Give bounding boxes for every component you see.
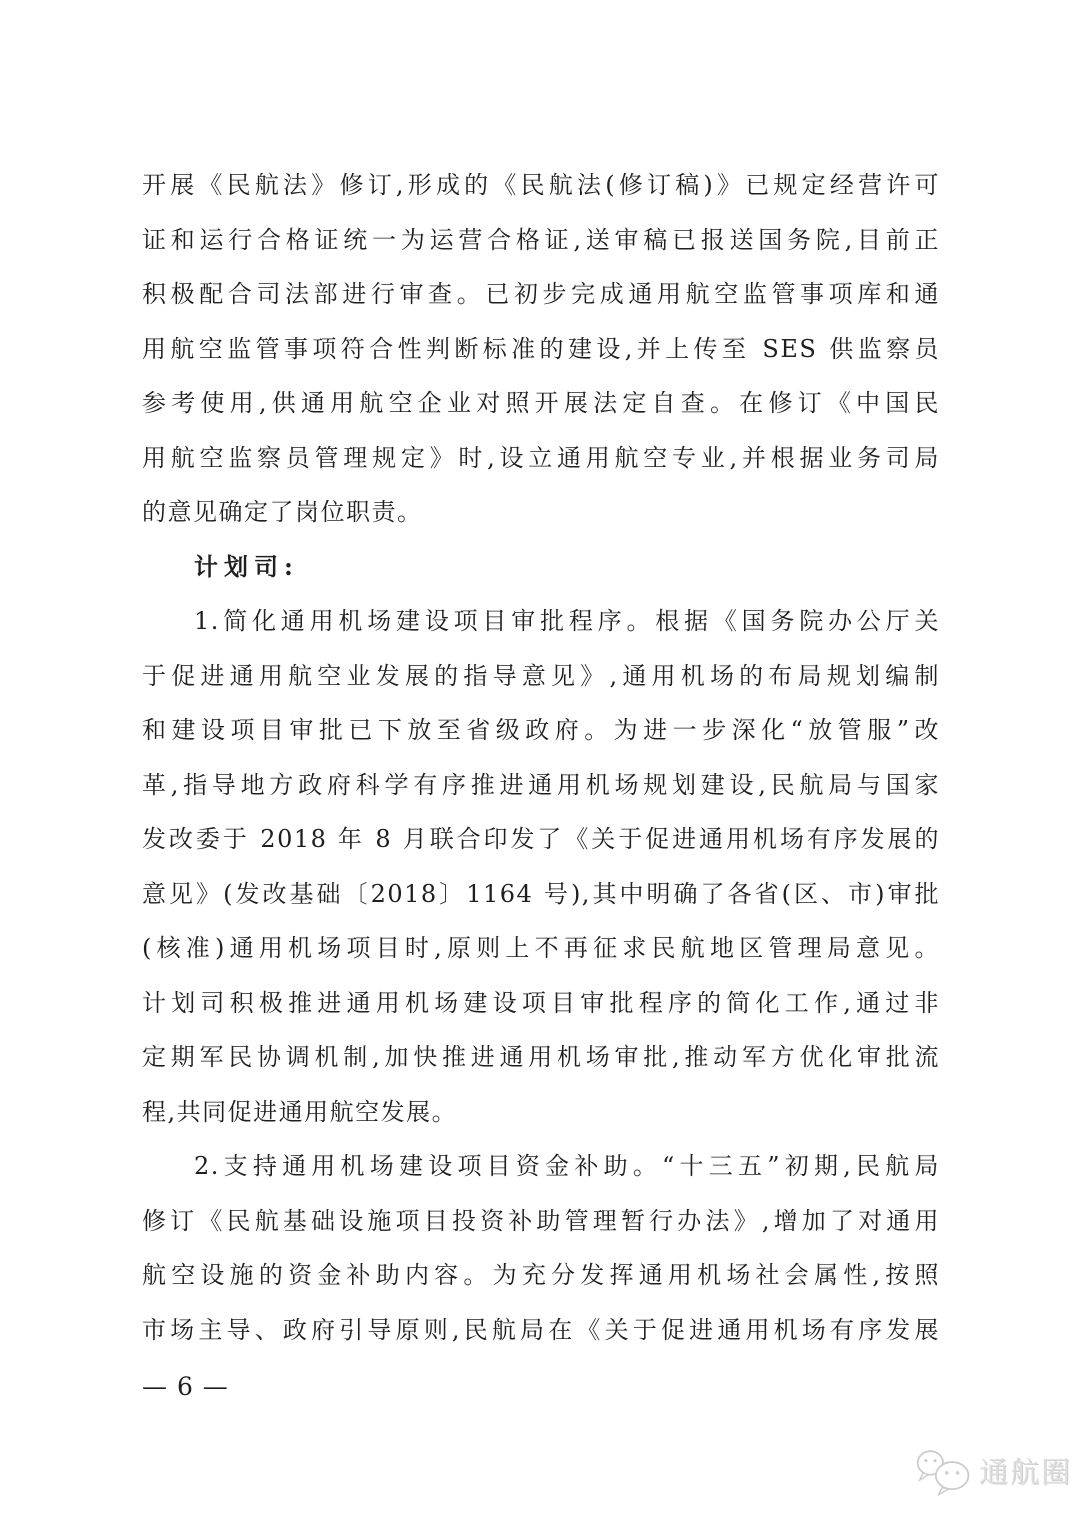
- text-line: 2.支持通用机场建设项目资金补助。“十三五”初期,民航局: [142, 1139, 940, 1194]
- text-line: 计划司积极推进通用机场建设项目审批程序的简化工作,通过非: [142, 976, 940, 1031]
- text-line: 证和运行合格证统一为运营合格证,送审稿已报送国务院,目前正: [142, 213, 940, 268]
- page-number: — 6 —: [142, 1372, 229, 1402]
- text-line: 用航空监察员管理规定》时,设立通用航空专业,并根据业务司局: [142, 431, 940, 486]
- watermark-label: 通航圈: [979, 1458, 1072, 1487]
- text-line: 定期军民协调机制,加快推进通用机场审批,推动军方优化审批流: [142, 1030, 940, 1085]
- text-line: 意见》(发改基础〔2018〕1164 号),其中明确了各省(区、市)审批: [142, 867, 940, 922]
- wechat-icon: [915, 1448, 973, 1496]
- text-line: 于促进通用航空业发展的指导意见》,通用机场的布局规划编制: [142, 649, 940, 704]
- text-line: 的意见确定了岗位职责。: [142, 485, 940, 540]
- text-line: 参考使用,供通用航空企业对照开展法定自查。在修订《中国民: [142, 376, 940, 431]
- text-line: 发改委于 2018 年 8 月联合印发了《关于促进通用机场有序发展的: [142, 812, 940, 867]
- text-line: 市场主导、政府引导原则,民航局在《关于促进通用机场有序发展: [142, 1303, 940, 1358]
- text-line: 开展《民航法》修订,形成的《民航法(修订稿)》已规定经营许可: [142, 158, 940, 213]
- text-line: 航空设施的资金补助内容。为充分发挥通用机场社会属性,按照: [142, 1248, 940, 1303]
- text-line: 修订《民航基础设施项目投资补助管理暂行办法》,增加了对通用: [142, 1194, 940, 1249]
- text-line: 用航空监管事项符合性判断标准的建设,并上传至 SES 供监察员: [142, 322, 940, 377]
- text-line: 革,指导地方政府科学有序推进通用机场规划建设,民航局与国家: [142, 758, 940, 813]
- text-line: 程,共同促进通用航空发展。: [142, 1085, 940, 1140]
- text-line: (核准)通用机场项目时,原则上不再征求民航地区管理局意见。: [142, 921, 940, 976]
- text-line: 积极配合司法部进行审查。已初步完成通用航空监管事项库和通: [142, 267, 940, 322]
- section-heading: 计划司:: [142, 540, 940, 595]
- body-text: 开展《民航法》修订,形成的《民航法(修订稿)》已规定经营许可 证和运行合格证统一…: [142, 158, 940, 1357]
- document-page: 开展《民航法》修订,形成的《民航法(修订稿)》已规定经营许可 证和运行合格证统一…: [0, 0, 1080, 1527]
- watermark: 通航圈: [915, 1448, 1072, 1496]
- text-line: 和建设项目审批已下放至省级政府。为进一步深化“放管服”改: [142, 703, 940, 758]
- text-line: 1.简化通用机场建设项目审批程序。根据《国务院办公厅关: [142, 594, 940, 649]
